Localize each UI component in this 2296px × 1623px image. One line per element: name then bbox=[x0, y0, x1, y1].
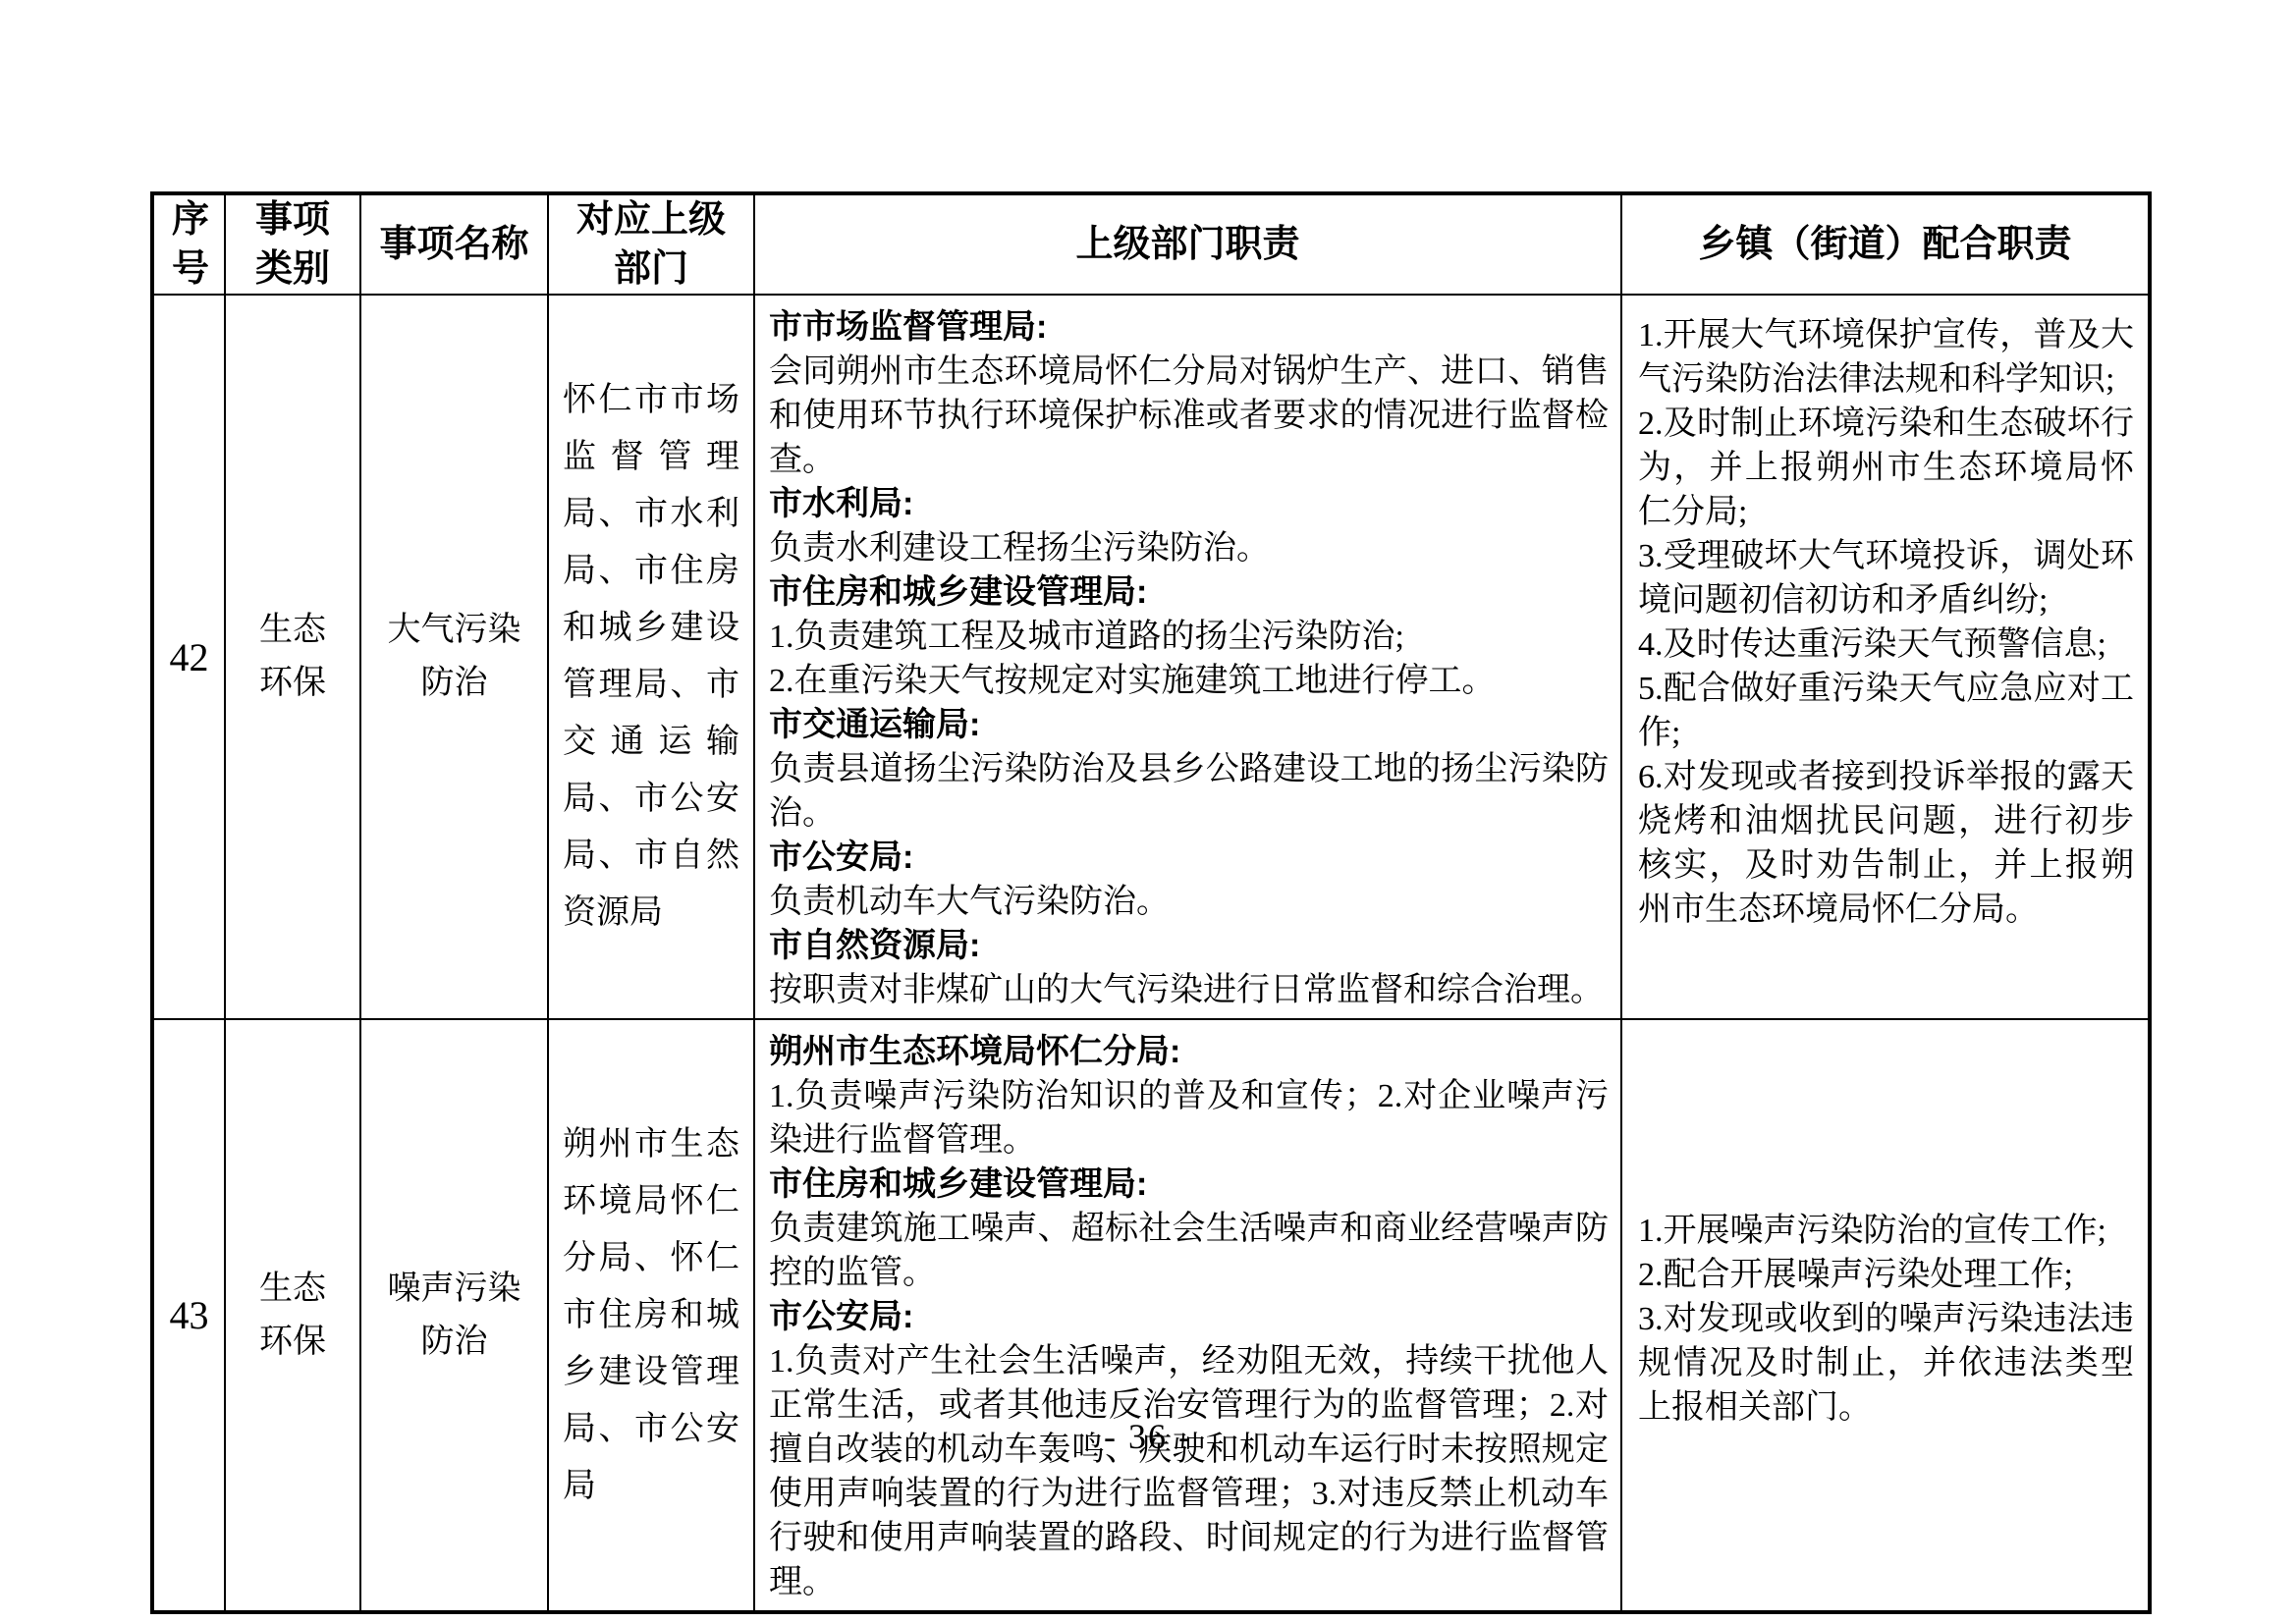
responsibility-table: 序号 事项类别 事项名称 对应上级部门 上级部门职责 乡镇（街道）配合职责 42… bbox=[150, 191, 2152, 1614]
column-header-category: 事项类别 bbox=[225, 193, 360, 295]
cell-item-name: 噪声污染防治 bbox=[360, 1019, 548, 1612]
duty-heading: 市住房和城乡建设管理局: bbox=[769, 570, 1609, 615]
duty-body: 负责机动车大气污染防治。 bbox=[769, 880, 1609, 924]
duty-body: 1.负责噪声污染防治知识的普及和宣传；2.对企业噪声污染进行监督管理。 bbox=[769, 1074, 1609, 1163]
page-number: - 36 - bbox=[0, 1416, 2296, 1457]
cell-township-cooperation: 1.开展大气环境保护宣传，普及大气污染防治法律法规和科学知识; 2.及时制止环境… bbox=[1621, 295, 2150, 1019]
duty-heading: 市市场监督管理局: bbox=[769, 305, 1609, 350]
cell-serial-number: 42 bbox=[152, 295, 225, 1019]
duty-body: 会同朔州市生态环境局怀仁分局对锅炉生产、进口、销售和使用环节执行环境保护标准或者… bbox=[769, 350, 1609, 482]
cell-item-name: 大气污染防治 bbox=[360, 295, 548, 1019]
duty-body: 1.负责对产生社会生活噪声，经劝阻无效，持续干扰他人正常生活，或者其他违反治安管… bbox=[769, 1339, 1609, 1604]
duty-heading: 市交通运输局: bbox=[769, 703, 1609, 747]
duty-heading: 市住房和城乡建设管理局: bbox=[769, 1163, 1609, 1207]
table-header-row: 序号 事项类别 事项名称 对应上级部门 上级部门职责 乡镇（街道）配合职责 bbox=[152, 193, 2150, 295]
duty-body: 负责水利建设工程扬尘污染防治。 bbox=[769, 526, 1609, 570]
duty-heading: 市公安局: bbox=[769, 1295, 1609, 1339]
cell-item-category: 生态环保 bbox=[225, 295, 360, 1019]
cell-township-cooperation: 1.开展噪声污染防治的宣传工作; 2.配合开展噪声污染处理工作; 3.对发现或收… bbox=[1621, 1019, 2150, 1612]
column-header-township-duties: 乡镇（街道）配合职责 bbox=[1621, 193, 2150, 295]
column-header-serial: 序号 bbox=[152, 193, 225, 295]
cell-serial-number: 43 bbox=[152, 1019, 225, 1612]
duty-heading: 市水利局: bbox=[769, 482, 1609, 526]
cell-superior-duties: 市市场监督管理局: 会同朔州市生态环境局怀仁分局对锅炉生产、进口、销售和使用环节… bbox=[754, 295, 1621, 1019]
column-header-departments: 对应上级部门 bbox=[548, 193, 754, 295]
duty-body: 负责县道扬尘污染防治及县乡公路建设工地的扬尘污染防治。 bbox=[769, 747, 1609, 836]
duty-heading: 市自然资源局: bbox=[769, 924, 1609, 968]
duty-body: 1.负责建筑工程及城市道路的扬尘污染防治; 2.在重污染天气按规定对实施建筑工地… bbox=[769, 615, 1609, 703]
table-row: 42 生态环保 大气污染防治 怀仁市市场监督管理局、市水利局、市住房和城乡建设管… bbox=[152, 295, 2150, 1019]
duty-heading: 市公安局: bbox=[769, 836, 1609, 880]
cell-superior-duties: 朔州市生态环境局怀仁分局: 1.负责噪声污染防治知识的普及和宣传；2.对企业噪声… bbox=[754, 1019, 1621, 1612]
cell-superior-departments: 怀仁市市场监督管理局、市水利局、市住房和城乡建设管理局、市交通运输局、市公安局、… bbox=[548, 295, 754, 1019]
table-row: 43 生态环保 噪声污染防治 朔州市生态环境局怀仁分局、怀仁市住房和城乡建设管理… bbox=[152, 1019, 2150, 1612]
duty-heading: 朔州市生态环境局怀仁分局: bbox=[769, 1030, 1609, 1074]
duty-body: 按职责对非煤矿山的大气污染进行日常监督和综合治理。 bbox=[769, 968, 1609, 1012]
column-header-superior-duties: 上级部门职责 bbox=[754, 193, 1621, 295]
cell-superior-departments: 朔州市生态环境局怀仁分局、怀仁市住房和城乡建设管理局、市公安局 bbox=[548, 1019, 754, 1612]
duty-body: 负责建筑施工噪声、超标社会生活噪声和商业经营噪声防控的监管。 bbox=[769, 1207, 1609, 1295]
cell-item-category: 生态环保 bbox=[225, 1019, 360, 1612]
column-header-name: 事项名称 bbox=[360, 193, 548, 295]
document-page: 序号 事项类别 事项名称 对应上级部门 上级部门职责 乡镇（街道）配合职责 42… bbox=[0, 0, 2296, 1623]
